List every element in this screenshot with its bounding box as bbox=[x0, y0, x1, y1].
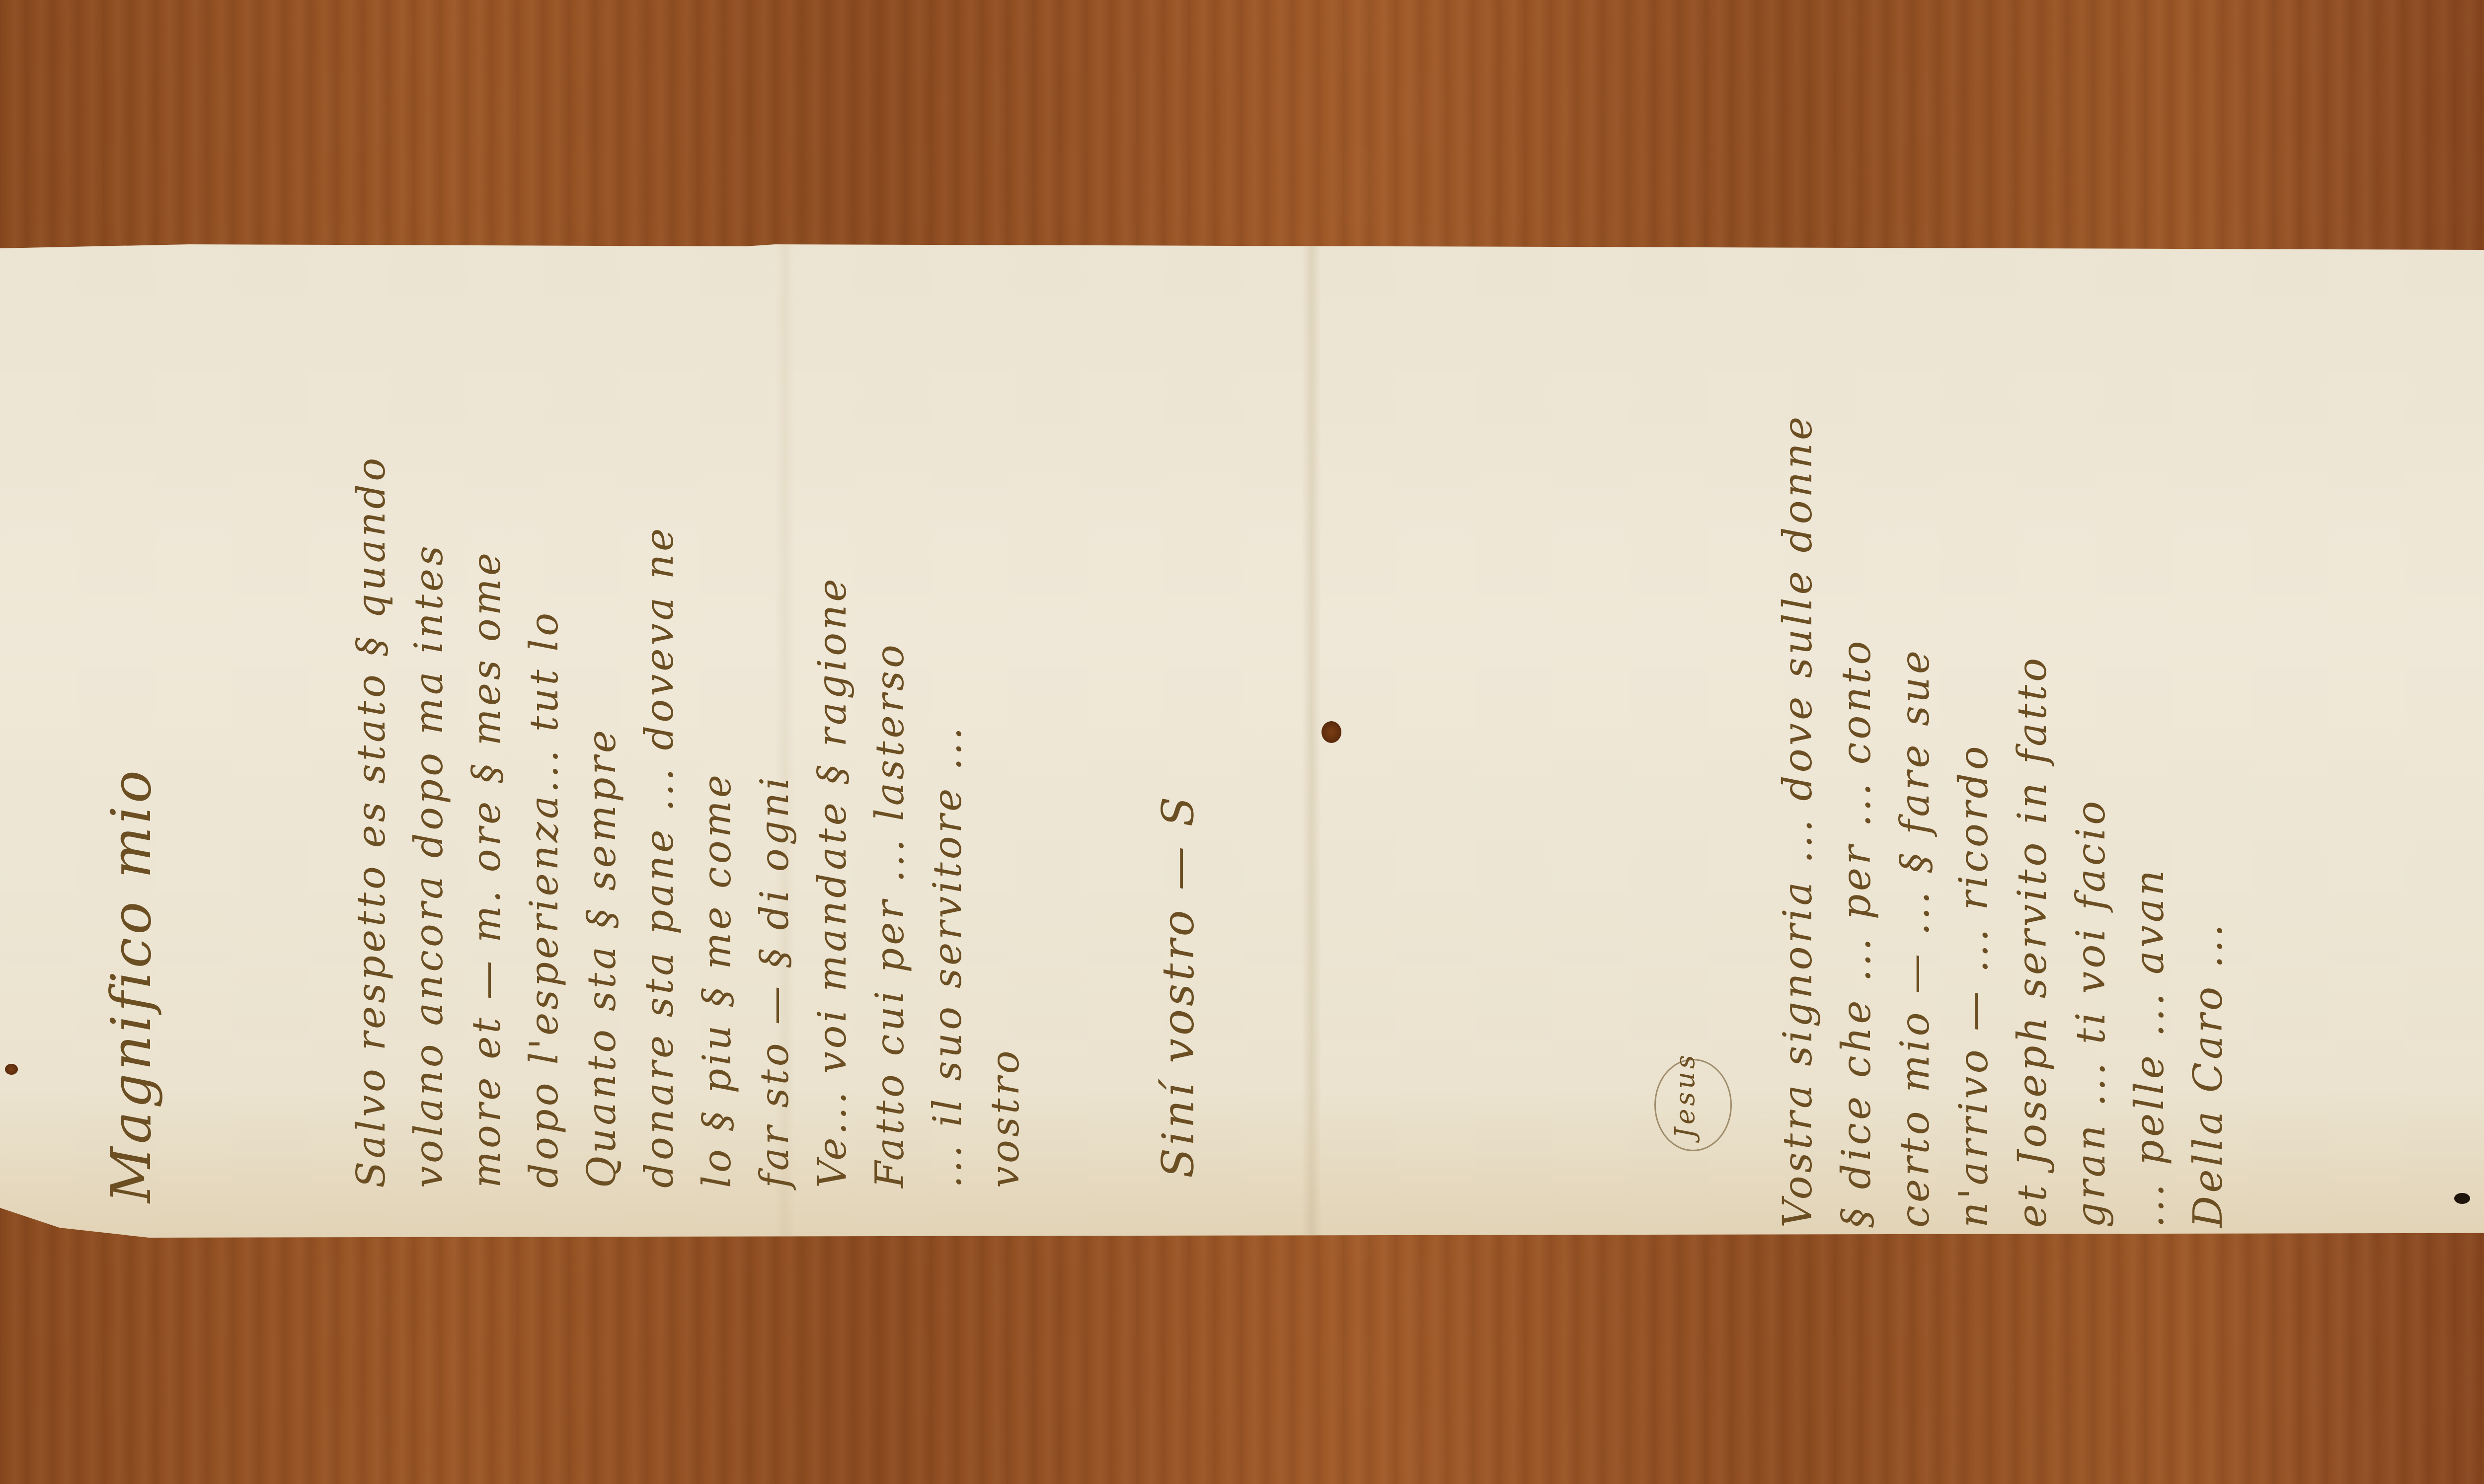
text-line: far sto — § di ogni bbox=[746, 455, 804, 1188]
text-line: volano ancora dopo ma intes bbox=[400, 455, 458, 1188]
text-line: Della Caro ... bbox=[2179, 414, 2238, 1228]
text-line: dopo l'esperienza... tut lo bbox=[516, 455, 573, 1188]
text-line: certo mio — ... § fare sue bbox=[1886, 414, 1944, 1228]
text-line: donare sta pane ... doveva ne bbox=[631, 455, 689, 1188]
text-line: vostro bbox=[977, 455, 1034, 1188]
margin-note-text: Jesus bbox=[1669, 1052, 1701, 1138]
ink-blot bbox=[2454, 1193, 2470, 1204]
paper-fold-crease bbox=[1302, 244, 1321, 1238]
letter-body-left: Salvo respetto es stato § quando volano … bbox=[343, 455, 1034, 1188]
letter-body-right: Vostra signoria ... dove sulle donne § d… bbox=[1769, 414, 2238, 1228]
text-line: Vostra signoria ... dove sulle donne bbox=[1769, 414, 1827, 1228]
text-line: § dice che ... per ... conto bbox=[1827, 414, 1886, 1228]
text-line: lo § piu § me come bbox=[689, 455, 746, 1188]
paper-hole-edge bbox=[5, 1064, 18, 1075]
margin-note: Jesus bbox=[1669, 1052, 1701, 1138]
text-line: et Joseph servito in fatto bbox=[2003, 414, 2062, 1228]
text-line: gran ... ti voi facio bbox=[2062, 414, 2120, 1228]
text-line: ... il suo servitore ... bbox=[919, 455, 977, 1188]
manuscript-paper: Magnifico mio Salvo respetto es stato § … bbox=[0, 244, 2484, 1238]
text-line: n'arrivo — ... ricordo bbox=[1944, 414, 2003, 1228]
signature: Siní vostro — S bbox=[1153, 794, 1204, 1178]
text-line: more et — m. ore § mes ome bbox=[458, 455, 516, 1188]
signature-text: Siní vostro — S bbox=[1153, 794, 1204, 1178]
letter-salutation: Magnifico mio bbox=[99, 767, 163, 1203]
text-line: Salvo respetto es stato § quando bbox=[343, 455, 400, 1188]
text-line: Fatto cui per ... lasterso bbox=[861, 455, 919, 1188]
text-line: Ve... voi mandate § ragione bbox=[804, 455, 861, 1188]
paper-hole bbox=[1321, 721, 1341, 743]
text-line: Quanto sta § sempre bbox=[573, 455, 631, 1188]
text-line: ... pelle ... avan bbox=[2120, 414, 2179, 1228]
salutation-text: Magnifico mio bbox=[99, 767, 163, 1203]
